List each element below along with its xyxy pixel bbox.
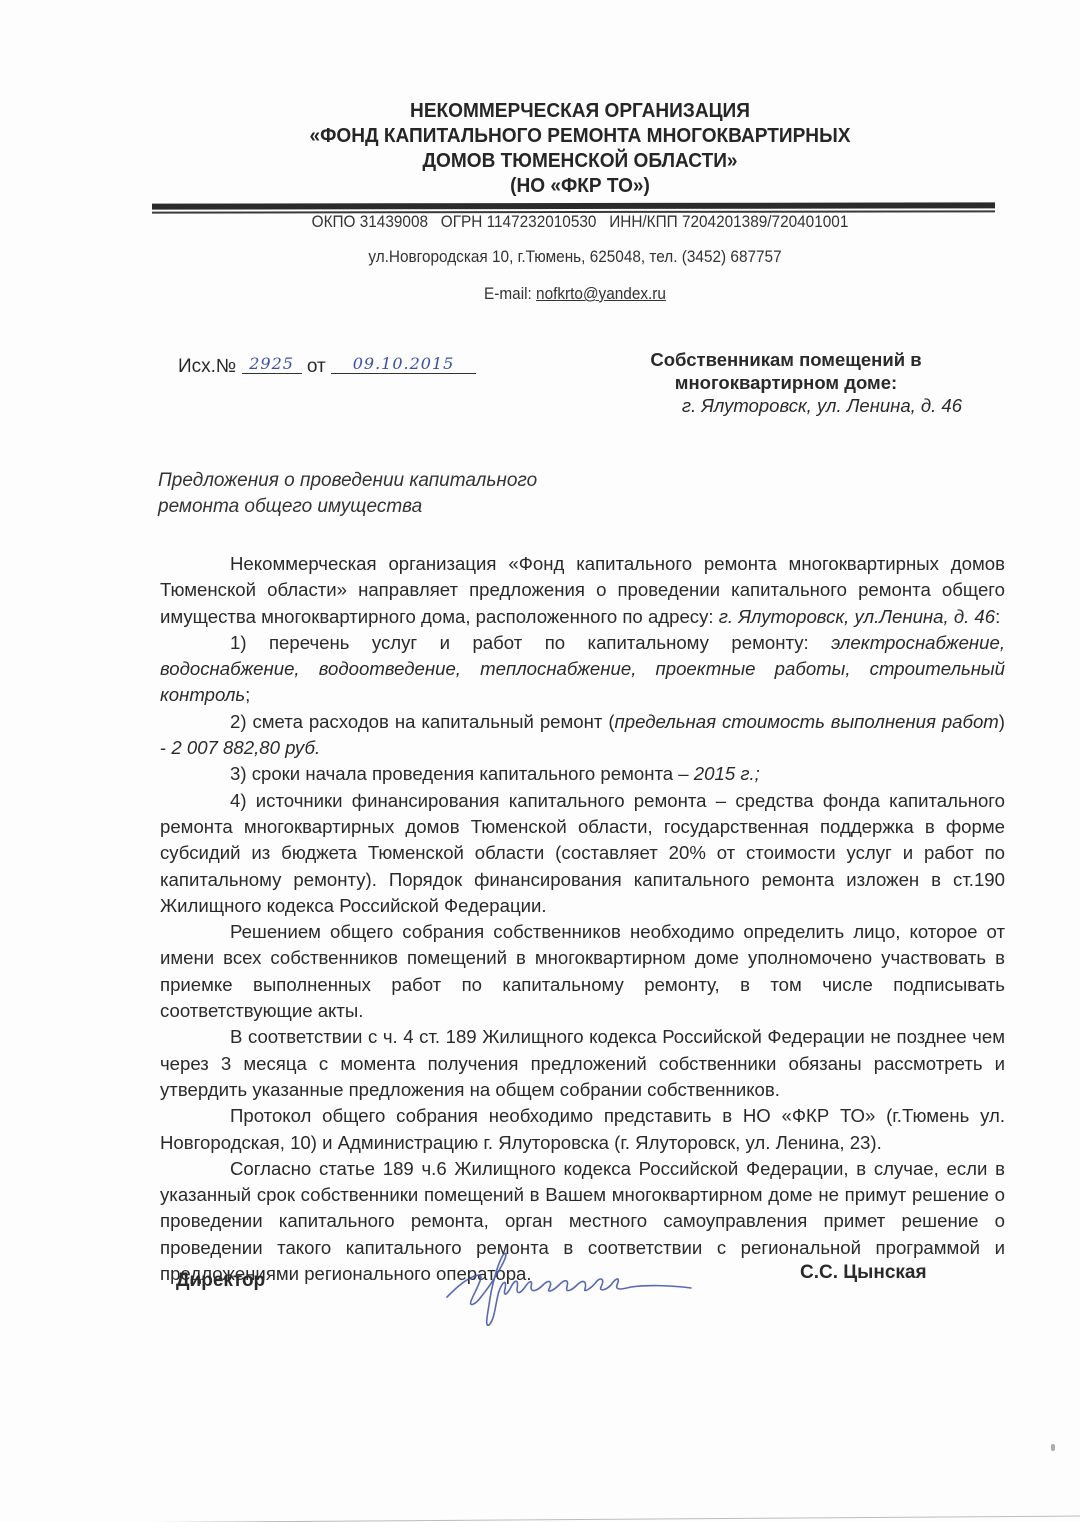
item-2: 2) смета расходов на капитальный ремонт … [160,709,1005,762]
org-address: ул.Новгородская 10, г.Тюмень, 625048, те… [180,247,971,267]
item-3-prefix: 3) сроки начала проведения капитального … [230,763,694,784]
signer-role: Директор [176,1270,265,1292]
addressee-line-2: многоквартирном доме: [610,371,962,394]
org-title: НЕКОММЕРЧЕСКАЯ ОРГАНИЗАЦИЯ «ФОНД КАПИТАЛ… [180,98,980,198]
outgoing-number-value: 2925 [242,355,302,374]
outgoing-number: Исх.№ 2925 от 09.10.2015 [178,356,476,378]
item-3: 3) сроки начала проведения капитального … [160,761,1005,787]
outgoing-date-label: от [307,356,326,377]
org-title-line-4: (НО «ФКР ТО») [180,173,980,198]
outgoing-number-label: Исх.№ [178,356,236,377]
org-title-line-3: ДОМОВ ТЮМЕНСКОЙ ОБЛАСТИ» [180,148,980,173]
item-4: 4) источники финансирования капитального… [160,788,1005,919]
header-rule-thick [152,202,995,209]
paragraph-deadline: В соответствии с ч. 4 ст. 189 Жилищного … [160,1024,1005,1103]
item-3-year: 2015 г.; [694,763,760,784]
signer-name: С.С. Цынская [800,1262,927,1284]
letter-page: НЕКОММЕРЧЕСКАЯ ОРГАНИЗАЦИЯ «ФОНД КАПИТАЛ… [0,0,1080,1522]
paragraph-decision: Решением общего собрания собственников н… [160,919,1005,1024]
intro-end: : [995,606,1000,627]
item-2-cost-label: предельная стоимость выполнения работ [615,711,999,732]
item-1-end: ; [245,684,250,705]
org-title-line-1: НЕКОММЕРЧЕСКАЯ ОРГАНИЗАЦИЯ [180,98,980,123]
letter-body: Некоммерческая организация «Фонд капитал… [160,551,1005,1287]
intro-address: г. Ялуторовск, ул.Ленина, д. 46 [719,606,995,627]
subject-line-1: Предложения о проведении капитального [158,468,638,494]
item-2-prefix: 2) смета расходов на капитальный ремонт … [230,711,615,732]
item-2-amount: 2 007 882,80 руб. [171,737,320,758]
scan-speck [1051,1444,1055,1451]
addressee-address: г. Ялуторовск, ул. Ленина, д. 46 [610,394,962,417]
scan-bottom-edge [90,1516,1080,1522]
addressee-line-1: Собственникам помещений в [610,348,962,371]
handwritten-signature-icon [445,1245,705,1330]
subject-line-2: ремонта общего имущества [158,494,638,520]
letter-subject: Предложения о проведении капитального ре… [158,468,638,520]
outgoing-date-value: 09.10.2015 [331,355,476,374]
email-label: E-mail: [484,285,536,303]
org-requisites: ОКПО 31439008 ОГРН 1147232010530 ИНН/КПП… [180,212,980,232]
item-1: 1) перечень услуг и работ по капитальном… [160,630,1005,709]
item-1-prefix: 1) перечень услуг и работ по капитальном… [230,632,831,653]
email-link[interactable]: nofkrto@yandex.ru [536,285,666,303]
paragraph-intro: Некоммерческая организация «Фонд капитал… [160,551,1005,630]
addressee-block: Собственникам помещений в многоквартирно… [610,348,962,417]
paragraph-protocol: Протокол общего собрания необходимо пред… [160,1103,1005,1156]
org-title-line-2: «ФОНД КАПИТАЛЬНОГО РЕМОНТА МНОГОКВАРТИРН… [180,123,980,148]
org-email-line: E-mail: nofkrto@yandex.ru [180,284,971,304]
